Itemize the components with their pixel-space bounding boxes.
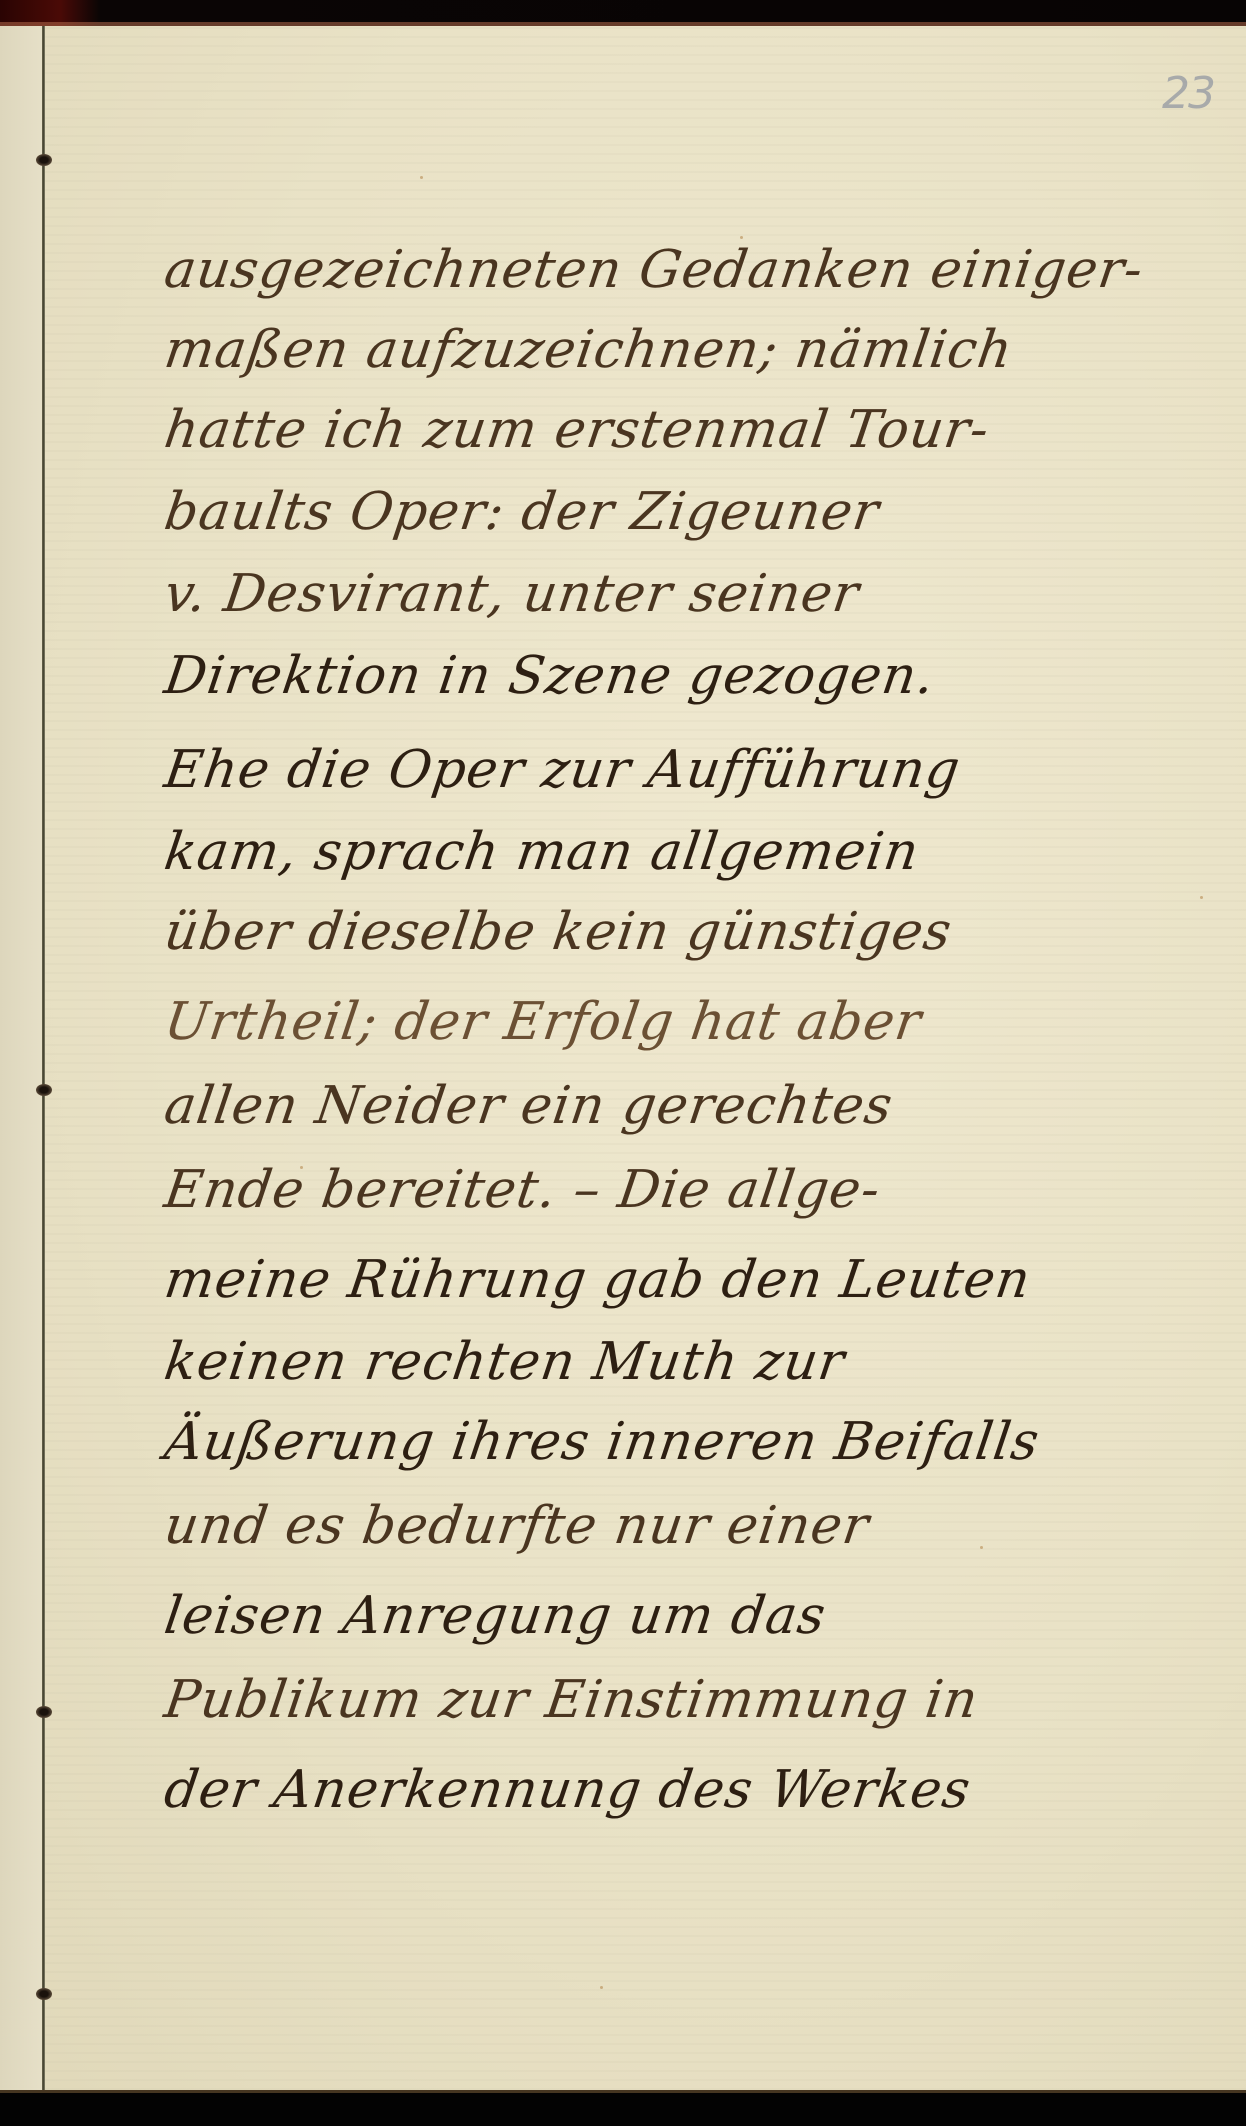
binding-hole — [36, 1084, 52, 1096]
text-line: baults Oper: der Zigeuner — [161, 482, 883, 542]
text-line: Direktion in Szene gezogen. — [161, 646, 939, 706]
text-line: leisen Anregung um das — [161, 1586, 830, 1646]
facing-page-edge — [0, 26, 44, 2090]
binding-hole — [36, 154, 52, 166]
text-line: keinen rechten Muth zur — [161, 1332, 849, 1392]
text-line: Urtheil; der Erfolg hat aber — [161, 992, 926, 1052]
text-line: Ehe die Oper zur Aufführung — [161, 740, 964, 800]
text-line: über dieselbe kein günstiges — [161, 902, 956, 962]
binding-hole — [36, 1988, 52, 2000]
scan-bottom-border — [0, 2090, 1246, 2126]
text-line: allen Neider ein gerechtes — [161, 1076, 897, 1136]
binding-spine — [42, 26, 45, 2090]
text-line: kam, sprach man allgemein — [161, 822, 923, 882]
text-line: maßen aufzuzeichnen; nämlich — [161, 320, 1017, 380]
text-line: v. Desvirant, unter seiner — [161, 564, 863, 624]
text-line: der Anerkennung des Werkes — [161, 1760, 975, 1820]
binding-hole — [36, 1706, 52, 1718]
scan-top-border — [0, 0, 1246, 26]
page-number: 23 — [1162, 68, 1214, 119]
text-line: und es bedurfte nur einer — [161, 1496, 873, 1556]
text-line: meine Rührung gab den Leuten — [161, 1250, 1035, 1310]
text-line: ausgezeichneten Gedanken einiger- — [161, 240, 1147, 300]
text-line: Publikum zur Einstimmung in — [161, 1670, 982, 1730]
text-line: Äußerung ihres inneren Beifalls — [161, 1412, 1043, 1472]
text-line: Ende bereitet. – Die allge- — [161, 1160, 884, 1220]
text-line: hatte ich zum erstenmal Tour- — [161, 400, 993, 460]
